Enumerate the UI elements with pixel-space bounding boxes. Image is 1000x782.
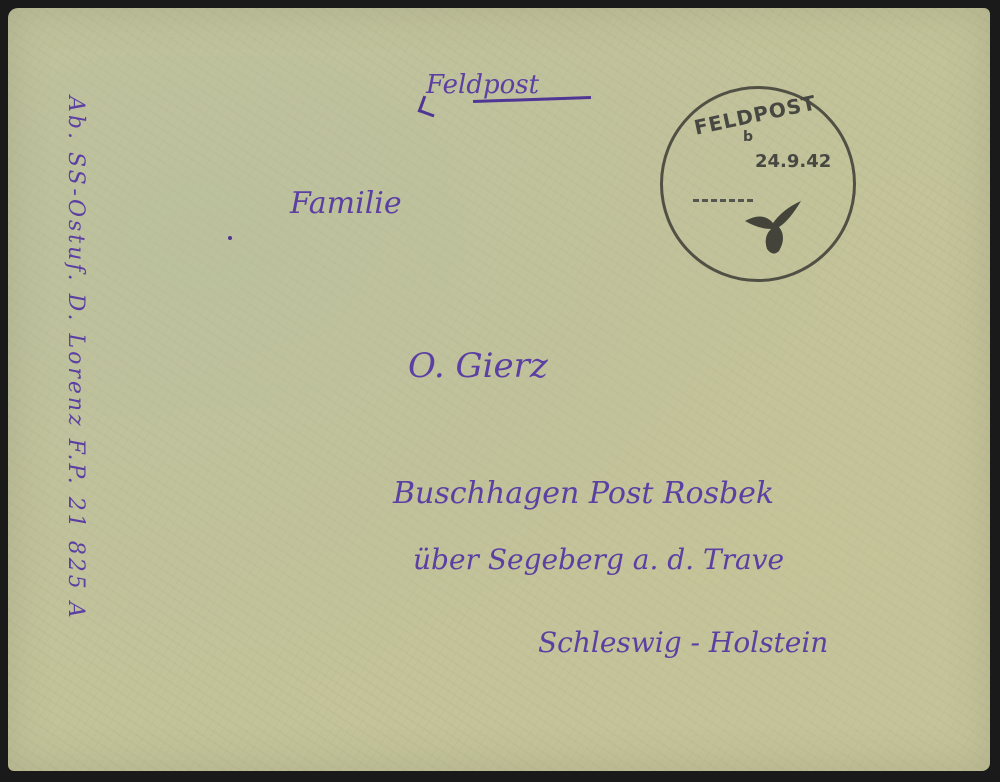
eagle-emblem-icon <box>743 199 803 259</box>
postmark-stamp: FELDPOST b 24.9.42 <box>660 86 856 282</box>
postmark-title: FELDPOST <box>692 90 819 139</box>
address-line-1: Familie <box>290 186 402 221</box>
envelope: Ab. SS-Ostuf. D. Lorenz F.P. 21 825 A Fe… <box>8 8 990 771</box>
address-line-4: über Segeberg a. d. Trave <box>413 543 784 576</box>
sender-return-address: Ab. SS-Ostuf. D. Lorenz F.P. 21 825 A <box>63 96 88 621</box>
postmark-date: 24.9.42 <box>755 151 831 172</box>
postmark-number: b <box>743 129 753 145</box>
ink-dot <box>228 236 232 240</box>
address-line-2: O. Gierz <box>408 346 548 386</box>
address-line-3: Buschhagen Post Rosbek <box>393 476 774 511</box>
address-line-5: Schleswig - Holstein <box>538 626 828 659</box>
feldpost-marking: Feldpost <box>426 70 539 100</box>
